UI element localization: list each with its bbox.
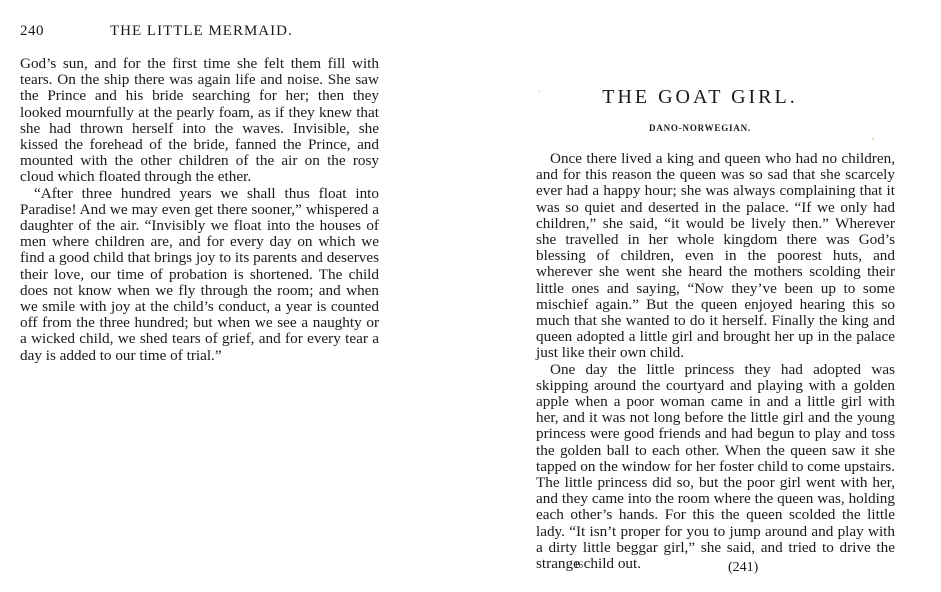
paragraph: One day the little princess they had ado… [536,362,895,573]
running-title: THE LITTLE MERMAID. [110,23,293,40]
page-number: 240 [20,23,44,40]
paragraph: Once there lived a king and queen who ha… [536,151,895,362]
chapter-subtitle: DANO-NORWEGIAN. [590,123,810,133]
left-page-body: God’s sun, and for the first time she fe… [20,56,379,364]
paragraph: God’s sun, and for the first time she fe… [20,56,379,186]
running-head: 240 THE LITTLE MERMAID. [20,23,380,43]
signature-mark: 16 [574,560,583,570]
paragraph: “After three hundred years we shall thus… [20,186,379,364]
paper-speck [538,90,540,92]
left-page: 240 THE LITTLE MERMAID. God’s sun, and f… [0,0,470,592]
right-page: THE GOAT GIRL. DANO-NORWEGIAN. Once ther… [470,0,941,592]
paper-speck [872,138,874,140]
right-page-body: Once there lived a king and queen who ha… [536,151,895,572]
folio-page-number: (241) [728,560,758,576]
chapter-title: THE GOAT GIRL. [590,86,810,109]
